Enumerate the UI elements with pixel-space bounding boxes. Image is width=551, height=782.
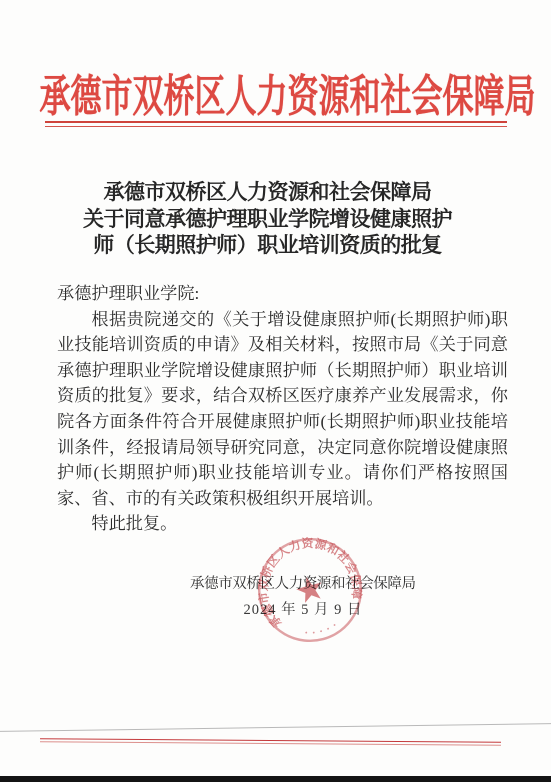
document-title-line1: 承德市双桥区人力资源和社会保障局 <box>0 179 543 206</box>
letterhead-agency-title: 承德市双桥区人力资源和社会保障局 <box>12 60 551 124</box>
scan-edge-black-band <box>0 776 551 782</box>
salutation: 承德护理职业学院: <box>57 281 508 307</box>
document-body: 承德护理职业学院: 根据贵院递交的《关于增设健康照护师(长期照护师)职业技能培训… <box>57 281 508 537</box>
document-title-line3: 师（长期照护师）职业培训资质的批复 <box>0 232 543 259</box>
scan-artifact-grey-line <box>0 723 551 732</box>
red-divider-line <box>45 121 507 127</box>
footer-red-line <box>40 738 501 746</box>
scanned-official-document: 承德市双桥区人力资源和社会保障局 承德市双桥区人力资源和社会保障局 关于同意承德… <box>0 0 551 782</box>
star-icon <box>294 573 326 604</box>
document-title: 承德市双桥区人力资源和社会保障局 关于同意承德护理职业学院增设健康照护 师（长期… <box>0 179 543 259</box>
body-paragraph: 根据贵院递交的《关于增设健康照护师(长期照护师)职业技能培训资质的申请》及相关材… <box>57 307 508 512</box>
document-title-line2: 关于同意承德护理职业学院增设健康照护 <box>0 206 543 233</box>
official-seal: 承德市双桥区人力资源和社会保障局 <box>235 515 384 664</box>
seal-bottom-dots <box>305 624 336 636</box>
